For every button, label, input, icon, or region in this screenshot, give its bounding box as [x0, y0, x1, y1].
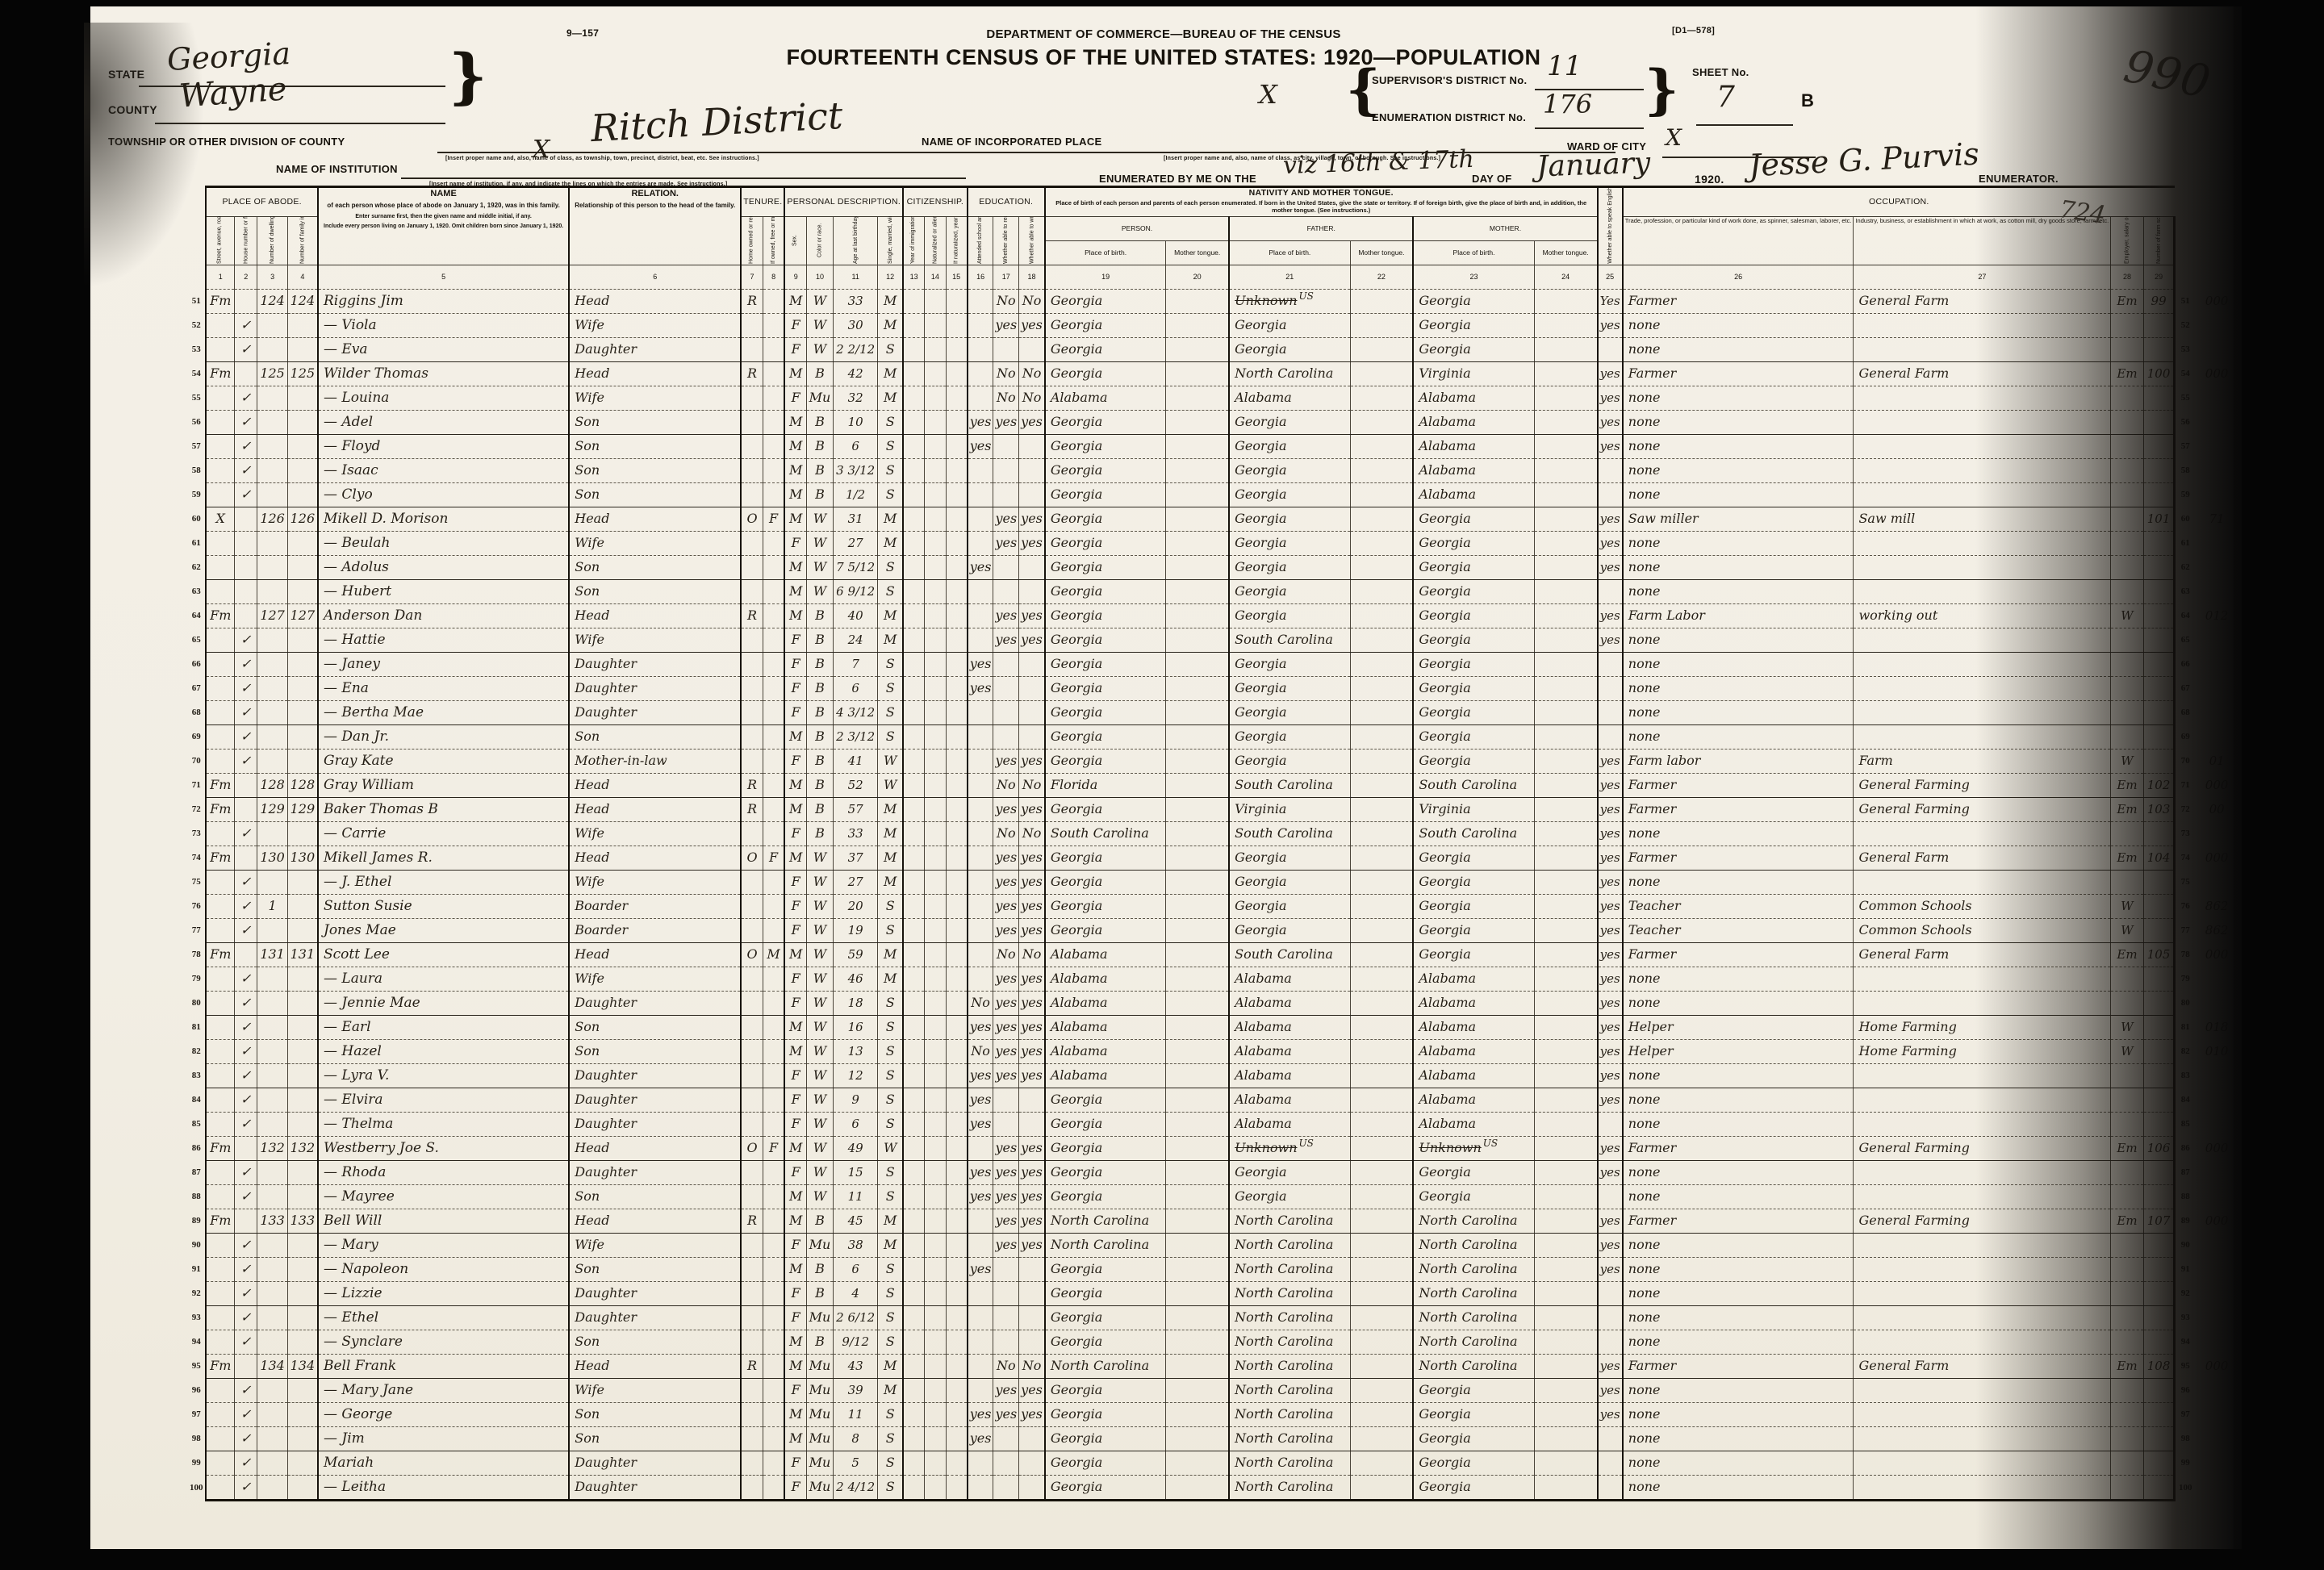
margin-scribble [2195, 1281, 2234, 1305]
cell-c15 [946, 773, 968, 797]
cell-mar: M [878, 361, 903, 386]
cell-race: W [807, 1184, 834, 1209]
margin-scribble: 000 [2195, 942, 2234, 967]
cell-race: Mu [807, 1475, 834, 1500]
cell-dw: 130 [257, 846, 287, 870]
line-number-left: 73 [187, 821, 206, 846]
cell-street [206, 749, 234, 773]
cell-pob_m: Georgia [1413, 1402, 1534, 1426]
cell-mort [763, 289, 784, 313]
cell-mt_p [1166, 507, 1229, 531]
cell-mar: S [878, 1184, 903, 1209]
cell-read: yes [993, 797, 1019, 821]
cell-mt_m [1534, 1426, 1597, 1451]
cell-occ: none [1623, 1257, 1854, 1281]
cell-c15 [946, 846, 968, 870]
cell-street [206, 676, 234, 700]
cell-pob_m: North Carolina [1413, 1354, 1534, 1378]
cell-write: yes [1019, 1184, 1045, 1209]
cell-mort [763, 1475, 784, 1500]
cell-mt_f [1350, 1330, 1413, 1354]
census-row: 85✓— ThelmaDaughterFW6SyesGeorgiaAlabama… [187, 1112, 2234, 1136]
cell-street [206, 579, 234, 603]
cell-eng: yes [1598, 603, 1623, 628]
cell-pob_m: Georgia [1413, 628, 1534, 652]
cell-rel: Boarder [569, 894, 741, 918]
column-number: 29 [2143, 265, 2175, 289]
cell-pob_f: Georgia [1229, 749, 1350, 773]
cell-chk [235, 603, 257, 628]
cell-sex: M [784, 507, 806, 531]
cell-read: yes [993, 1160, 1019, 1184]
cell-pob: Alabama [1045, 386, 1166, 410]
cell-pob_f: North Carolina [1229, 1451, 1350, 1475]
cell-occ: none [1623, 1426, 1854, 1451]
cell-dw [257, 1330, 287, 1354]
cell-fam [287, 1184, 318, 1209]
cell-c15 [946, 1257, 968, 1281]
cell-rel: Son [569, 1015, 741, 1039]
incorporated-label: NAME OF INCORPORATED PLACE [922, 136, 1102, 148]
column-number: 9 [784, 265, 806, 289]
column-number: 13 [903, 265, 925, 289]
margin-scribble: 71 [2195, 507, 2234, 531]
cell-rel: Wife [569, 531, 741, 555]
cell-pob: South Carolina [1045, 821, 1166, 846]
cell-c14 [925, 1160, 947, 1184]
cell-mort [763, 918, 784, 942]
cell-c15 [946, 1063, 968, 1088]
cell-write: yes [1019, 628, 1045, 652]
col8-free-mortgaged: If owned, free or mortgaged. [763, 216, 784, 265]
supervisor-district-value: 11 [1547, 50, 1582, 82]
cell-mt_f [1350, 361, 1413, 386]
margin-scribble: 862 [2195, 918, 2234, 942]
cell-dw [257, 337, 287, 361]
cell-age: 6 [834, 1112, 878, 1136]
cell-dw [257, 313, 287, 337]
cell-write [1019, 724, 1045, 749]
line-number-left: 55 [187, 386, 206, 410]
cell-farm: 107 [2143, 1209, 2175, 1233]
cell-mt_f [1350, 1112, 1413, 1136]
cell-pob: Georgia [1045, 289, 1166, 313]
cell-mt_f [1350, 870, 1413, 894]
cell-occ: Farmer [1623, 797, 1854, 821]
cell-c13 [903, 1160, 925, 1184]
cell-c14 [925, 1378, 947, 1402]
cell-ten [741, 386, 763, 410]
cell-pob_f: Georgia [1229, 313, 1350, 337]
cell-sex: F [784, 967, 806, 991]
cell-pob: Alabama [1045, 1039, 1166, 1063]
census-row: 69✓— Dan Jr.SonMB2 3/12SGeorgiaGeorgiaGe… [187, 724, 2234, 749]
cell-c15 [946, 507, 968, 531]
cell-occ: Farmer [1623, 773, 1854, 797]
line-number-right: 75 [2175, 870, 2195, 894]
cell-read [993, 458, 1019, 482]
cell-sex: M [784, 773, 806, 797]
cell-chk [235, 773, 257, 797]
margin-scribble [2195, 1305, 2234, 1330]
cell-chk [235, 797, 257, 821]
cell-farm [2143, 1475, 2175, 1500]
census-row: 100✓— LeithaDaughterFMu2 4/12SGeorgiaNor… [187, 1475, 2234, 1500]
cell-mar: S [878, 1257, 903, 1281]
column-number: 21 [1229, 265, 1350, 289]
cell-name: — Adel [318, 410, 569, 434]
line-number-left: 57 [187, 434, 206, 458]
cell-mt_m [1534, 1209, 1597, 1233]
cell-pob: Georgia [1045, 507, 1166, 531]
cell-pob_m: Georgia [1413, 942, 1534, 967]
cell-mt_m [1534, 991, 1597, 1015]
cell-c15 [946, 289, 968, 313]
cell-mt_m [1534, 1378, 1597, 1402]
cell-ind: General Farm [1854, 942, 2111, 967]
cell-c14 [925, 991, 947, 1015]
cell-read [993, 700, 1019, 724]
census-row: 60X126126Mikell D. MorisonHeadOFMW31Myes… [187, 507, 2234, 531]
cell-c13 [903, 386, 925, 410]
cell-rel: Daughter [569, 652, 741, 676]
cell-ind: Home Farming [1854, 1039, 2111, 1063]
cell-age: 2 3/12 [834, 724, 878, 749]
cell-mt_m [1534, 434, 1597, 458]
cell-occ: none [1623, 1451, 1854, 1475]
cell-pob_f: Alabama [1229, 1088, 1350, 1112]
margin-scribble [2195, 724, 2234, 749]
cell-ind: General Farm [1854, 361, 2111, 386]
margin-scribble [2195, 1426, 2234, 1451]
cell-age: 6 9/12 [834, 579, 878, 603]
cell-fam [287, 628, 318, 652]
cell-mort [763, 434, 784, 458]
cell-street: Fm [206, 361, 234, 386]
cell-mar: M [878, 797, 903, 821]
cell-farm [2143, 724, 2175, 749]
cell-mt_m [1534, 1015, 1597, 1039]
group-citizenship: CITIZENSHIP. [903, 187, 968, 217]
cell-sex: M [784, 724, 806, 749]
cell-pob: Georgia [1045, 1112, 1166, 1136]
margin-scribble [2195, 1088, 2234, 1112]
census-row: 99✓MariahDaughterFMu5SGeorgiaNorth Carol… [187, 1451, 2234, 1475]
cell-street [206, 967, 234, 991]
nativity-father: FATHER. [1229, 216, 1413, 240]
cell-mt_f [1350, 1402, 1413, 1426]
cell-mt_f [1350, 1015, 1413, 1039]
line-number-left: 78 [187, 942, 206, 967]
cell-emp: W [2111, 918, 2144, 942]
cell-ten: O [741, 942, 763, 967]
cell-rel: Daughter [569, 1305, 741, 1330]
cell-chk: ✓ [235, 628, 257, 652]
margin-scribble [2195, 531, 2234, 555]
cell-pob_f: Alabama [1229, 1063, 1350, 1088]
cell-eng: Yes [1598, 289, 1623, 313]
enumerated-year: 1920. [1695, 173, 1724, 186]
cell-emp [2111, 700, 2144, 724]
cell-pob_m: UnknownUS [1413, 1136, 1534, 1160]
cell-mort [763, 1209, 784, 1233]
line-number-left: 87 [187, 1160, 206, 1184]
cell-sex: F [784, 1233, 806, 1257]
census-row: 92✓— LizzieDaughterFB4SGeorgiaNorth Caro… [187, 1281, 2234, 1305]
cell-dw: 124 [257, 289, 287, 313]
cell-dw [257, 749, 287, 773]
cell-race: W [807, 337, 834, 361]
cell-ind [1854, 676, 2111, 700]
cell-sex: M [784, 289, 806, 313]
cell-mar: M [878, 846, 903, 870]
line-number-right: 63 [2175, 579, 2195, 603]
cell-chk [235, 531, 257, 555]
cell-sch [968, 1378, 993, 1402]
cell-mar: M [878, 386, 903, 410]
cell-sex: F [784, 676, 806, 700]
cell-occ: Teacher [1623, 894, 1854, 918]
cell-pob_m: Alabama [1413, 1015, 1534, 1039]
cell-age: 8 [834, 1426, 878, 1451]
cell-sch: yes [968, 1112, 993, 1136]
line-number-left: 61 [187, 531, 206, 555]
cell-pob: Georgia [1045, 458, 1166, 482]
cell-pob_m: Georgia [1413, 603, 1534, 628]
cell-c13 [903, 289, 925, 313]
cell-read: yes [993, 1233, 1019, 1257]
line-number-right: 93 [2175, 1305, 2195, 1330]
cell-pob: Georgia [1045, 749, 1166, 773]
cell-write: No [1019, 1354, 1045, 1378]
cell-pob_f: North Carolina [1229, 1378, 1350, 1402]
cell-occ: none [1623, 676, 1854, 700]
line-number-right: 57 [2175, 434, 2195, 458]
cell-pob_m: Georgia [1413, 894, 1534, 918]
cell-c15 [946, 1281, 968, 1305]
cell-fam [287, 458, 318, 482]
cell-farm [2143, 894, 2175, 918]
column-number: 11 [834, 265, 878, 289]
cell-chk: ✓ [235, 1233, 257, 1257]
cell-ten: R [741, 1354, 763, 1378]
cell-fam [287, 1475, 318, 1500]
cell-chk: ✓ [235, 749, 257, 773]
cell-pob_m: Alabama [1413, 386, 1534, 410]
cell-rel: Daughter [569, 1160, 741, 1184]
cell-read: yes [993, 918, 1019, 942]
cell-eng: yes [1598, 894, 1623, 918]
cell-write [1019, 1451, 1045, 1475]
cell-pob_f: Georgia [1229, 337, 1350, 361]
cell-sex: M [784, 1136, 806, 1160]
cell-ind [1854, 991, 2111, 1015]
cell-c15 [946, 555, 968, 579]
cell-mort [763, 1039, 784, 1063]
cell-read [993, 724, 1019, 749]
cell-street [206, 337, 234, 361]
line-number-right: 59 [2175, 482, 2195, 507]
cell-ten [741, 1088, 763, 1112]
cell-sex: F [784, 531, 806, 555]
cell-emp [2111, 1184, 2144, 1209]
line-number-left: 92 [187, 1281, 206, 1305]
cell-read [993, 434, 1019, 458]
cell-mar: S [878, 1451, 903, 1475]
cell-occ: none [1623, 579, 1854, 603]
name-title: NAME [320, 188, 566, 199]
cell-ind [1854, 1451, 2111, 1475]
cell-mt_m [1534, 386, 1597, 410]
column-number: 22 [1350, 265, 1413, 289]
cell-ind [1854, 724, 2111, 749]
cell-farm [2143, 337, 2175, 361]
margin-scribble [2195, 337, 2234, 361]
cell-write [1019, 676, 1045, 700]
cell-mar: M [878, 967, 903, 991]
cell-c14 [925, 507, 947, 531]
cell-pob_m: Georgia [1413, 1184, 1534, 1209]
cell-age: 52 [834, 773, 878, 797]
cell-dw: 134 [257, 1354, 287, 1378]
margin-scribble [2195, 482, 2234, 507]
cell-emp [2111, 967, 2144, 991]
cell-c14 [925, 1088, 947, 1112]
cell-c15 [946, 700, 968, 724]
cell-read: yes [993, 1039, 1019, 1063]
margin-scribble: 000 [2195, 1354, 2234, 1378]
page-title: FOURTEENTH CENSUS OF THE UNITED STATES: … [688, 45, 1640, 70]
cell-age: 10 [834, 410, 878, 434]
cell-race: B [807, 1330, 834, 1354]
cell-dw: 127 [257, 603, 287, 628]
cell-dw: 132 [257, 1136, 287, 1160]
cell-mort [763, 870, 784, 894]
cell-emp [2111, 386, 2144, 410]
line-number-right: 94 [2175, 1330, 2195, 1354]
cell-c14 [925, 482, 947, 507]
cell-emp [2111, 555, 2144, 579]
cell-pob: Alabama [1045, 1063, 1166, 1088]
cell-name: — J. Ethel [318, 870, 569, 894]
cell-occ: none [1623, 1233, 1854, 1257]
cell-pob_f: North Carolina [1229, 1281, 1350, 1305]
cell-occ: Farmer [1623, 942, 1854, 967]
cell-sch [968, 1330, 993, 1354]
cell-race: B [807, 628, 834, 652]
cell-race: W [807, 870, 834, 894]
col12-marital: Single, married, widowed, or divorced. [878, 216, 903, 265]
cell-pob: Georgia [1045, 652, 1166, 676]
cell-c14 [925, 531, 947, 555]
cell-sch [968, 482, 993, 507]
cell-mar: S [878, 991, 903, 1015]
cell-fam: 131 [287, 942, 318, 967]
cell-sex: F [784, 918, 806, 942]
cell-pob_m: Alabama [1413, 410, 1534, 434]
cell-name: Bell Will [318, 1209, 569, 1233]
cell-sch [968, 1354, 993, 1378]
cell-c15 [946, 1088, 968, 1112]
line-number-right: 73 [2175, 821, 2195, 846]
cell-sch: yes [968, 410, 993, 434]
cell-sch: yes [968, 1426, 993, 1451]
cell-rel: Mother-in-law [569, 749, 741, 773]
cell-occ: none [1623, 386, 1854, 410]
cell-farm [2143, 482, 2175, 507]
cell-write: yes [1019, 1160, 1045, 1184]
cell-write: No [1019, 942, 1045, 967]
cell-age: 32 [834, 386, 878, 410]
column-number: 2 [235, 265, 257, 289]
line-number-right: 97 [2175, 1402, 2195, 1426]
cell-farm [2143, 1233, 2175, 1257]
cell-read: yes [993, 749, 1019, 773]
cell-mar: M [878, 1378, 903, 1402]
cell-mort [763, 676, 784, 700]
cell-pob: Georgia [1045, 410, 1166, 434]
cell-rel: Son [569, 724, 741, 749]
cell-dw [257, 1184, 287, 1209]
cell-read [993, 1330, 1019, 1354]
cell-c13 [903, 1015, 925, 1039]
cell-mar: M [878, 531, 903, 555]
cell-mort [763, 386, 784, 410]
cell-mt_p [1166, 967, 1229, 991]
cell-eng: yes [1598, 1209, 1623, 1233]
cell-occ: none [1623, 313, 1854, 337]
cell-mort [763, 894, 784, 918]
cell-pob: Georgia [1045, 628, 1166, 652]
col27-industry: Industry, business, or establishment in … [1854, 216, 2111, 265]
cell-name: — Floyd [318, 434, 569, 458]
cell-c15 [946, 603, 968, 628]
county-value: Wayne [178, 70, 288, 115]
census-scan: 9—157 DEPARTMENT OF COMMERCE—BUREAU OF T… [0, 0, 2324, 1570]
cell-age: 30 [834, 313, 878, 337]
cell-occ: none [1623, 1402, 1854, 1426]
cell-mt_p [1166, 773, 1229, 797]
cell-rel: Daughter [569, 1088, 741, 1112]
cell-occ: Teacher [1623, 918, 1854, 942]
cell-sch [968, 458, 993, 482]
cell-pob: Georgia [1045, 894, 1166, 918]
col4-family-number: Number of family in order of visitation. [287, 216, 318, 265]
cell-read: yes [993, 894, 1019, 918]
cell-eng: yes [1598, 991, 1623, 1015]
cell-ten [741, 1257, 763, 1281]
cell-street [206, 1233, 234, 1257]
cell-sch [968, 894, 993, 918]
cell-c14 [925, 724, 947, 749]
father-mt-label: Mother tongue. [1350, 240, 1413, 265]
cell-pob_m: Alabama [1413, 967, 1534, 991]
cell-ten: R [741, 797, 763, 821]
cell-mort [763, 1330, 784, 1354]
column-number: 27 [1854, 265, 2111, 289]
census-row: 89Fm133133Bell WillHeadRMB45MyesyesNorth… [187, 1209, 2234, 1233]
cell-race: W [807, 313, 834, 337]
line-number-left: 77 [187, 918, 206, 942]
cell-pob_f: Alabama [1229, 1039, 1350, 1063]
cell-occ: none [1623, 1088, 1854, 1112]
cell-pob_m: Alabama [1413, 991, 1534, 1015]
cell-fam [287, 531, 318, 555]
cell-c14 [925, 676, 947, 700]
cell-c15 [946, 724, 968, 749]
cell-pob: Georgia [1045, 1305, 1166, 1330]
cell-mt_f [1350, 967, 1413, 991]
